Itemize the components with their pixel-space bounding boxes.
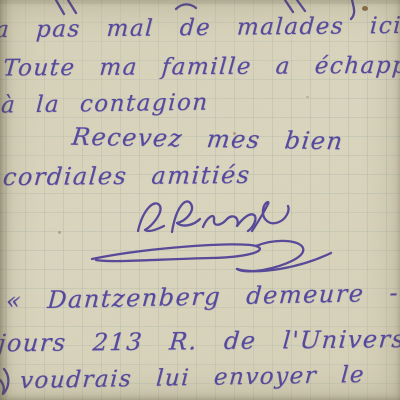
- paper-stain-spot: [306, 96, 309, 98]
- letter-line-6-postscript: « Dantzenberg demeure - t-el: [5, 277, 400, 315]
- letter-line-3: à la contagion: [0, 90, 209, 119]
- paper-stain-spot: [58, 231, 61, 234]
- letter-line-1: a pas mal de malades ici: [0, 13, 400, 43]
- cutoff-left-letter-stroke: [0, 369, 8, 394]
- paper-stain-spot: [362, 6, 368, 11]
- letter-line-8-postscript: voudrais lui envoyer le: [19, 362, 366, 394]
- letter-line-2: Toute ma famille a échappé: [2, 53, 400, 82]
- letter-line-4-closing: Recevez mes bien: [70, 123, 345, 156]
- letter-line-5-closing: cordiales amitiés: [2, 161, 252, 191]
- letter-page: a pas mal de malades ici Toute ma famill…: [0, 0, 400, 400]
- letter-line-7-address: jours 213 R. de l'Université: [0, 325, 400, 358]
- signature-ink: [92, 201, 331, 271]
